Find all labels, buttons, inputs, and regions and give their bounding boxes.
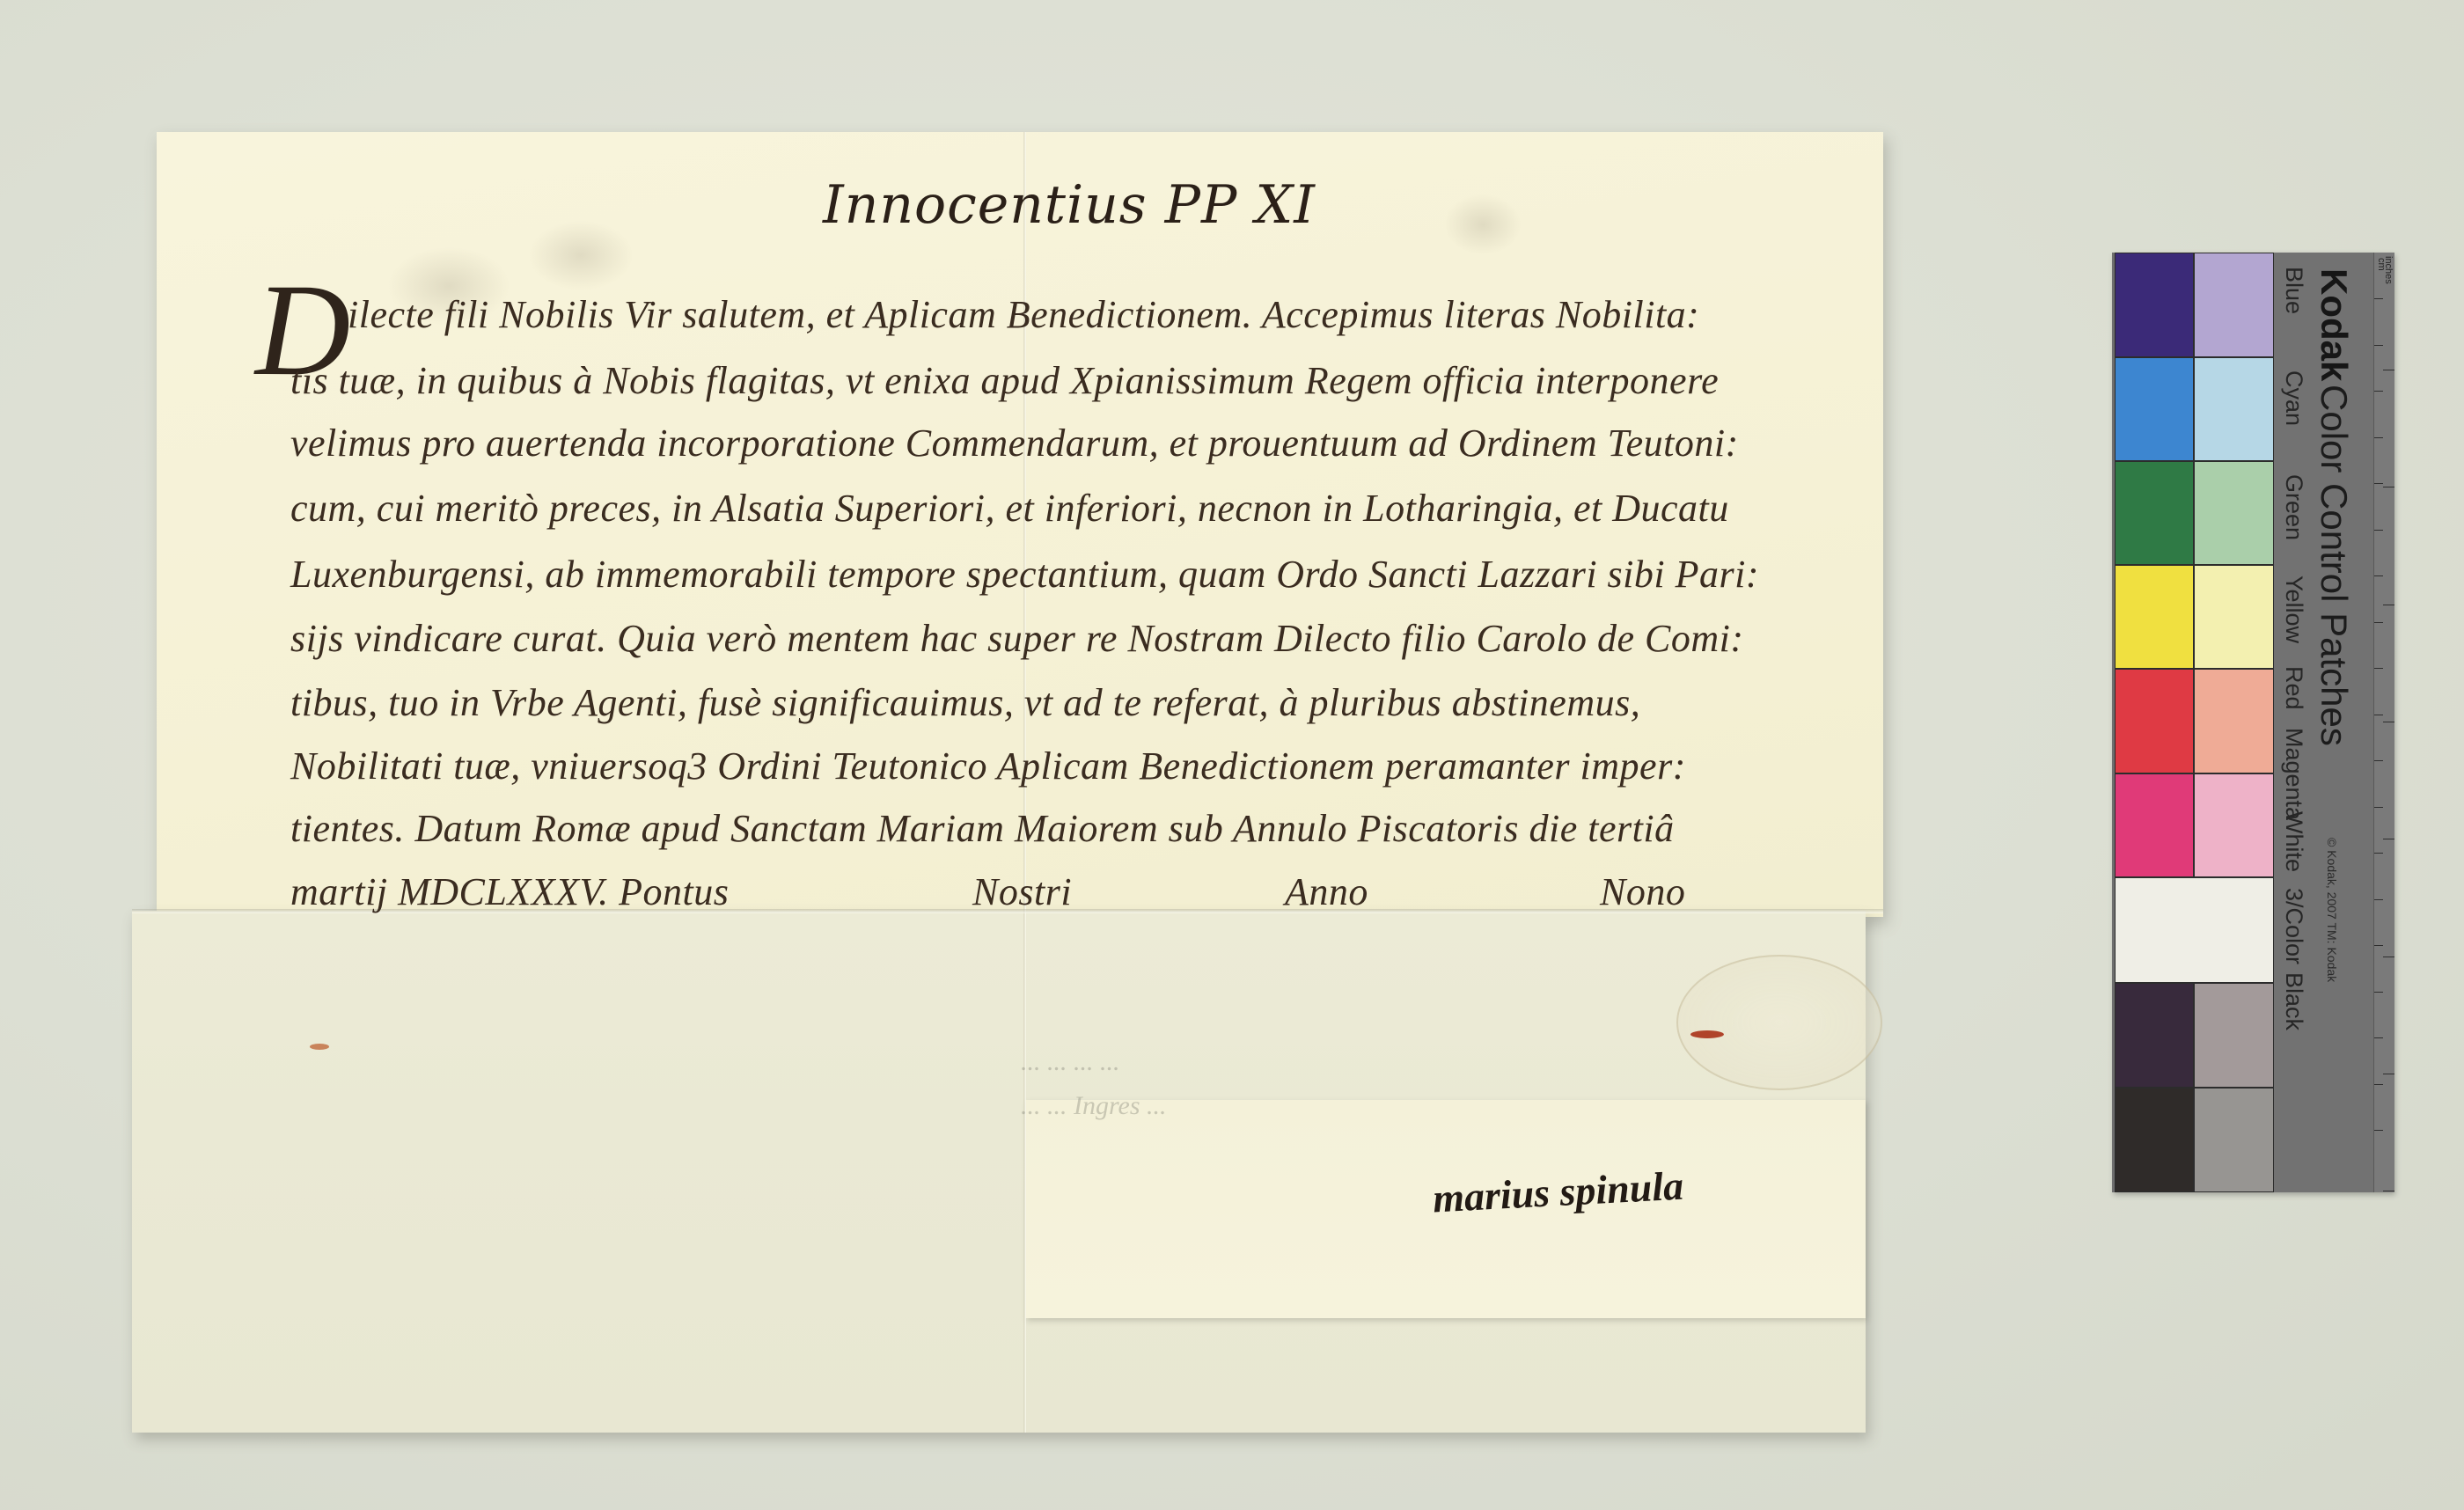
document-heading: Innocentius PP XI xyxy=(823,174,1316,236)
kodak-brand-logo: Kodak xyxy=(2313,268,2355,381)
patch-3color-light xyxy=(2194,983,2274,1088)
text-line-word: Nono xyxy=(1600,869,1685,914)
ink-stain xyxy=(528,220,634,290)
text-line-word: Anno xyxy=(1285,869,1368,914)
text-line: sijs vindicare curat. Quia verò mentem h… xyxy=(290,616,1744,661)
ruler-unit-inches: inches xyxy=(2383,256,2394,284)
patch-label-cyan: Cyan xyxy=(2280,370,2307,426)
text-line: Luxenburgensi, ab immemorabili tempore s… xyxy=(290,552,1759,597)
patch-yellow-light xyxy=(2194,565,2274,669)
patch-white xyxy=(2115,877,2274,983)
seal-impression xyxy=(1676,955,1882,1090)
patch-magenta-light xyxy=(2194,773,2274,877)
measurement-ruler: cm inches xyxy=(2373,253,2394,1192)
patch-3color-dark xyxy=(2115,983,2194,1088)
patch-label-3color: 3/Color xyxy=(2280,888,2307,964)
patch-label-magenta: Magenta xyxy=(2280,728,2307,820)
patch-yellow-dark xyxy=(2115,565,2194,669)
patch-label-green: Green xyxy=(2280,474,2307,540)
patch-black-light xyxy=(2194,1088,2274,1192)
patch-label-blue: Blue xyxy=(2280,267,2307,314)
text-line: velimus pro auertenda incorporatione Com… xyxy=(290,421,1739,465)
red-wax-mark xyxy=(1690,1030,1724,1038)
patch-label-yellow: Yellow xyxy=(2280,575,2307,643)
patch-magenta-dark xyxy=(2115,773,2194,877)
kodak-color-control-strip: Blue Cyan Green Yellow Red Magenta White… xyxy=(2112,253,2394,1192)
patch-label-black: Black xyxy=(2280,972,2307,1030)
photographed-document-scene: Innocentius PP XI D ilecte fili Nobilis … xyxy=(0,0,2464,1510)
faint-pencil-note: ... ... Ingres ... xyxy=(1021,1091,1167,1121)
patch-cyan-light xyxy=(2194,357,2274,461)
strip-label-band: Blue Cyan Green Yellow Red Magenta White… xyxy=(2274,253,2373,1192)
faint-pencil-note: ... ... ... ... xyxy=(1021,1047,1120,1077)
patch-blue-light xyxy=(2194,253,2274,357)
text-line: cum, cui meritò preces, in Alsatia Super… xyxy=(290,486,1729,531)
strip-copyright: © Kodak, 2007 TM: Kodak xyxy=(2325,838,2339,982)
patch-cyan-dark xyxy=(2115,357,2194,461)
patch-red-light xyxy=(2194,669,2274,773)
text-line: tientes. Datum Romæ apud Sanctam Mariam … xyxy=(290,806,1675,851)
text-line-word: Nostri xyxy=(972,869,1072,914)
patch-black-dark xyxy=(2115,1088,2194,1192)
patch-blue-dark xyxy=(2115,253,2194,357)
patch-label-white: White xyxy=(2280,811,2307,872)
red-wax-mark xyxy=(310,1044,329,1050)
patch-green-light xyxy=(2194,461,2274,565)
patch-red-dark xyxy=(2115,669,2194,773)
patch-label-red: Red xyxy=(2280,666,2307,710)
patch-green-dark xyxy=(2115,461,2194,565)
strip-title: Color Control Patches xyxy=(2313,385,2355,746)
text-line: ilecte fili Nobilis Vir salutem, et Apli… xyxy=(348,292,1699,337)
text-line: martij MDCLXXXV. Pontus xyxy=(290,869,729,914)
text-line: tibus, tuo in Vrbe Agenti, fusè signific… xyxy=(290,680,1640,725)
text-line: tis tuæ, in quibus à Nobis flagitas, vt … xyxy=(290,358,1719,403)
text-line: Nobilitati tuæ, vniuersoq3 Ordini Teuton… xyxy=(290,744,1686,788)
ink-stain xyxy=(1443,194,1522,255)
